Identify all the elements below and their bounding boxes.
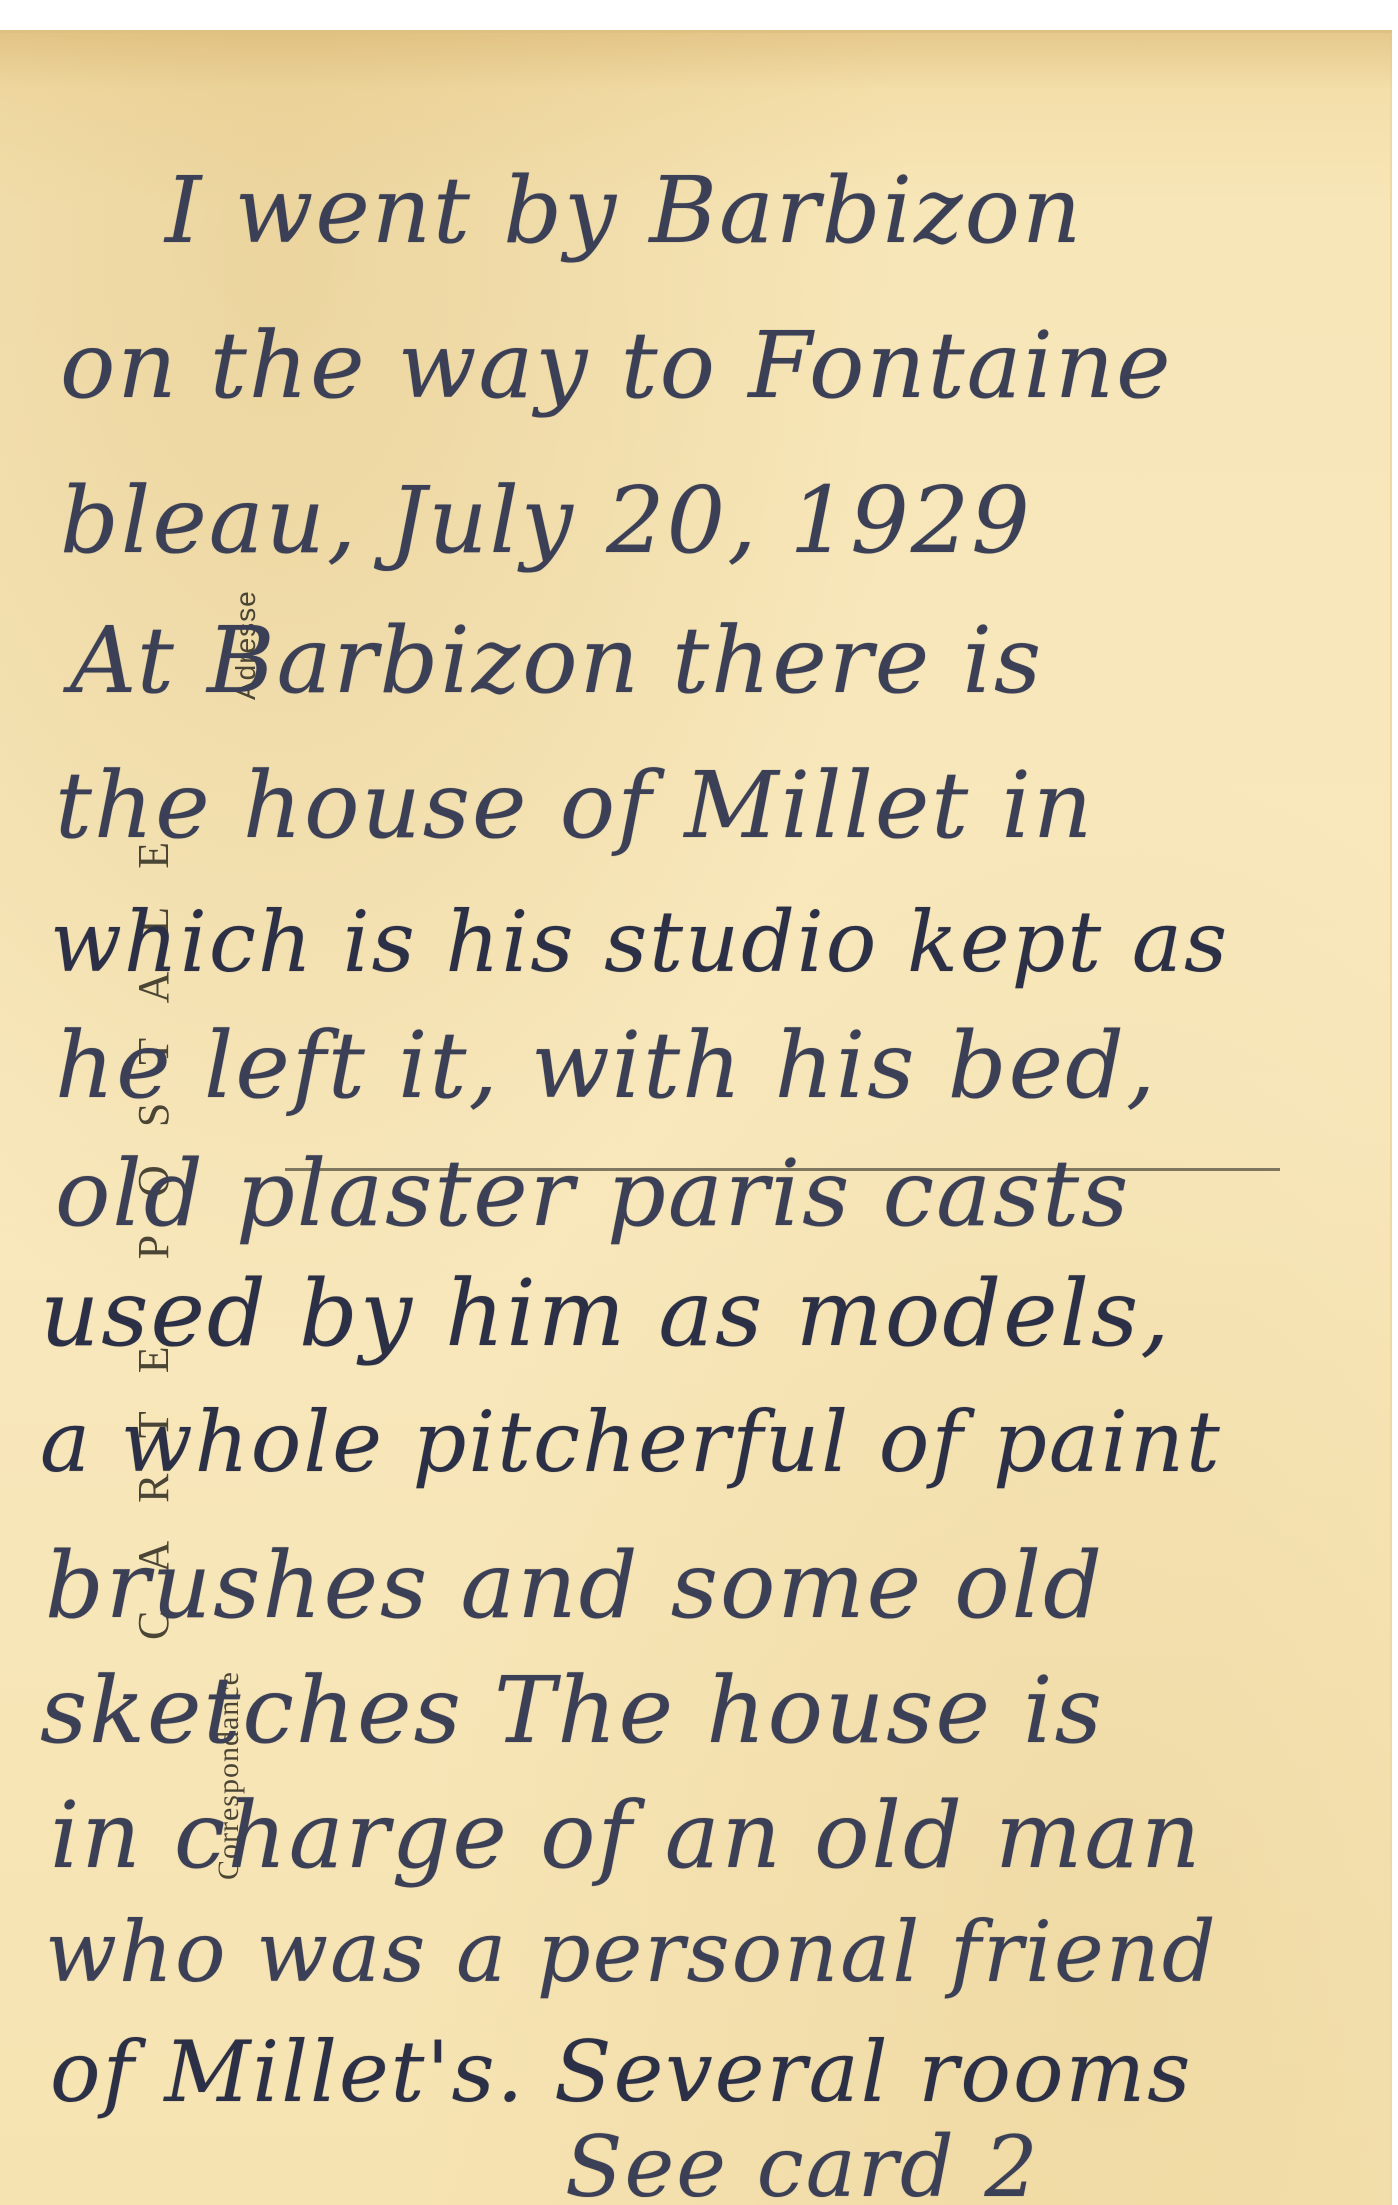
handwritten-line-6: which is his studio kept as (50, 900, 1229, 984)
handwritten-line-10: a whole pitcherful of paint (40, 1400, 1222, 1484)
handwritten-line-2: on the way to Fontaine (60, 320, 1173, 412)
handwritten-line-8: old plaster paris casts (55, 1148, 1130, 1240)
handwritten-line-13: in charge of an old man (50, 1790, 1202, 1882)
handwritten-line-12: sketches The house is (40, 1665, 1104, 1757)
handwritten-line-11: brushes and some old (45, 1540, 1104, 1632)
handwritten-line-1: I went by Barbizon (165, 165, 1083, 257)
handwritten-line-15: of Millet's. Several rooms (50, 2030, 1192, 2114)
card-top-edge-stain (0, 30, 1392, 90)
handwritten-line-4: At Barbizon there is (70, 615, 1043, 707)
handwritten-line-3: bleau, July 20, 1929 (60, 475, 1032, 567)
handwritten-line-14: who was a personal friend (45, 1910, 1218, 1994)
handwritten-line-5: the house of Millet in (55, 760, 1094, 852)
postcard-scan: Adresse CARTE POSTALE Correspondance I w… (0, 0, 1398, 2205)
handwritten-line-7: he left it, with his bed, (55, 1020, 1157, 1112)
handwritten-line-16-see-card: See card 2 (565, 2125, 1040, 2205)
handwritten-line-9: used by him as models, (40, 1268, 1171, 1360)
